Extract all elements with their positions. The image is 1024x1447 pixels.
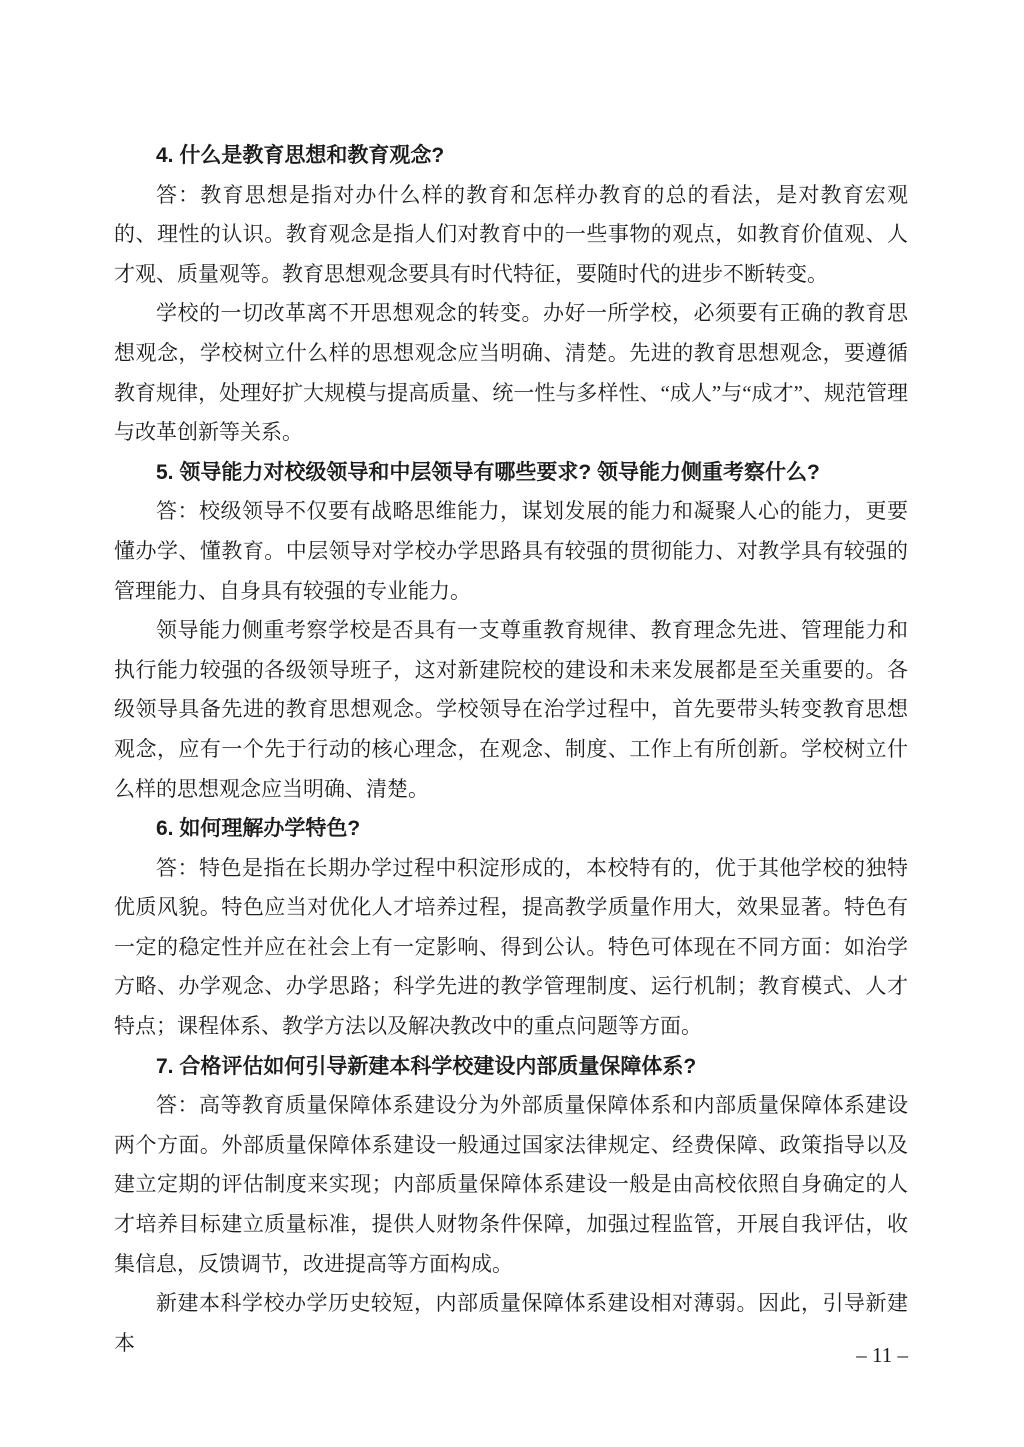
document-page: 4. 什么是教育思想和教育观念? 答：教育思想是指对办什么样的教育和怎样办教育的…: [0, 0, 1024, 1447]
question-5-answer-paragraph: 答：校级领导不仅要有战略思维能力，谋划发展的能力和凝聚人心的能力，更要懂办学、懂…: [114, 492, 908, 611]
question-7-heading: 7. 合格评估如何引导新建本科学校建设内部质量保障体系?: [114, 1047, 908, 1087]
question-6-answer-paragraph: 答：特色是指在长期办学过程中积淀形成的，本校特有的，优于其他学校的独特优质风貌。…: [114, 849, 908, 1047]
page-number: – 11 –: [856, 1340, 908, 1370]
question-4-answer-paragraph: 答：教育思想是指对办什么样的教育和怎样办教育的总的看法，是对教育宏观的、理性的认…: [114, 176, 908, 295]
question-7-body-paragraph: 新建本科学校办学历史较短，内部质量保障体系建设相对薄弱。因此，引导新建本: [114, 1284, 908, 1363]
question-4-heading: 4. 什么是教育思想和教育观念?: [114, 136, 908, 176]
question-7-answer-paragraph: 答：高等教育质量保障体系建设分为外部质量保障体系和内部质量保障体系建设两个方面。…: [114, 1086, 908, 1284]
question-4-body-paragraph: 学校的一切改革离不开思想观念的转变。办好一所学校，必须要有正确的教育思想观念，学…: [114, 294, 908, 452]
page-content: 4. 什么是教育思想和教育观念? 答：教育思想是指对办什么样的教育和怎样办教育的…: [114, 136, 908, 1363]
question-6-heading: 6. 如何理解办学特色?: [114, 809, 908, 849]
question-5-body-paragraph: 领导能力侧重考察学校是否具有一支尊重教育规律、教育理念先进、管理能力和执行能力较…: [114, 611, 908, 809]
question-5-heading: 5. 领导能力对校级领导和中层领导有哪些要求? 领导能力侧重考察什么?: [114, 453, 908, 493]
